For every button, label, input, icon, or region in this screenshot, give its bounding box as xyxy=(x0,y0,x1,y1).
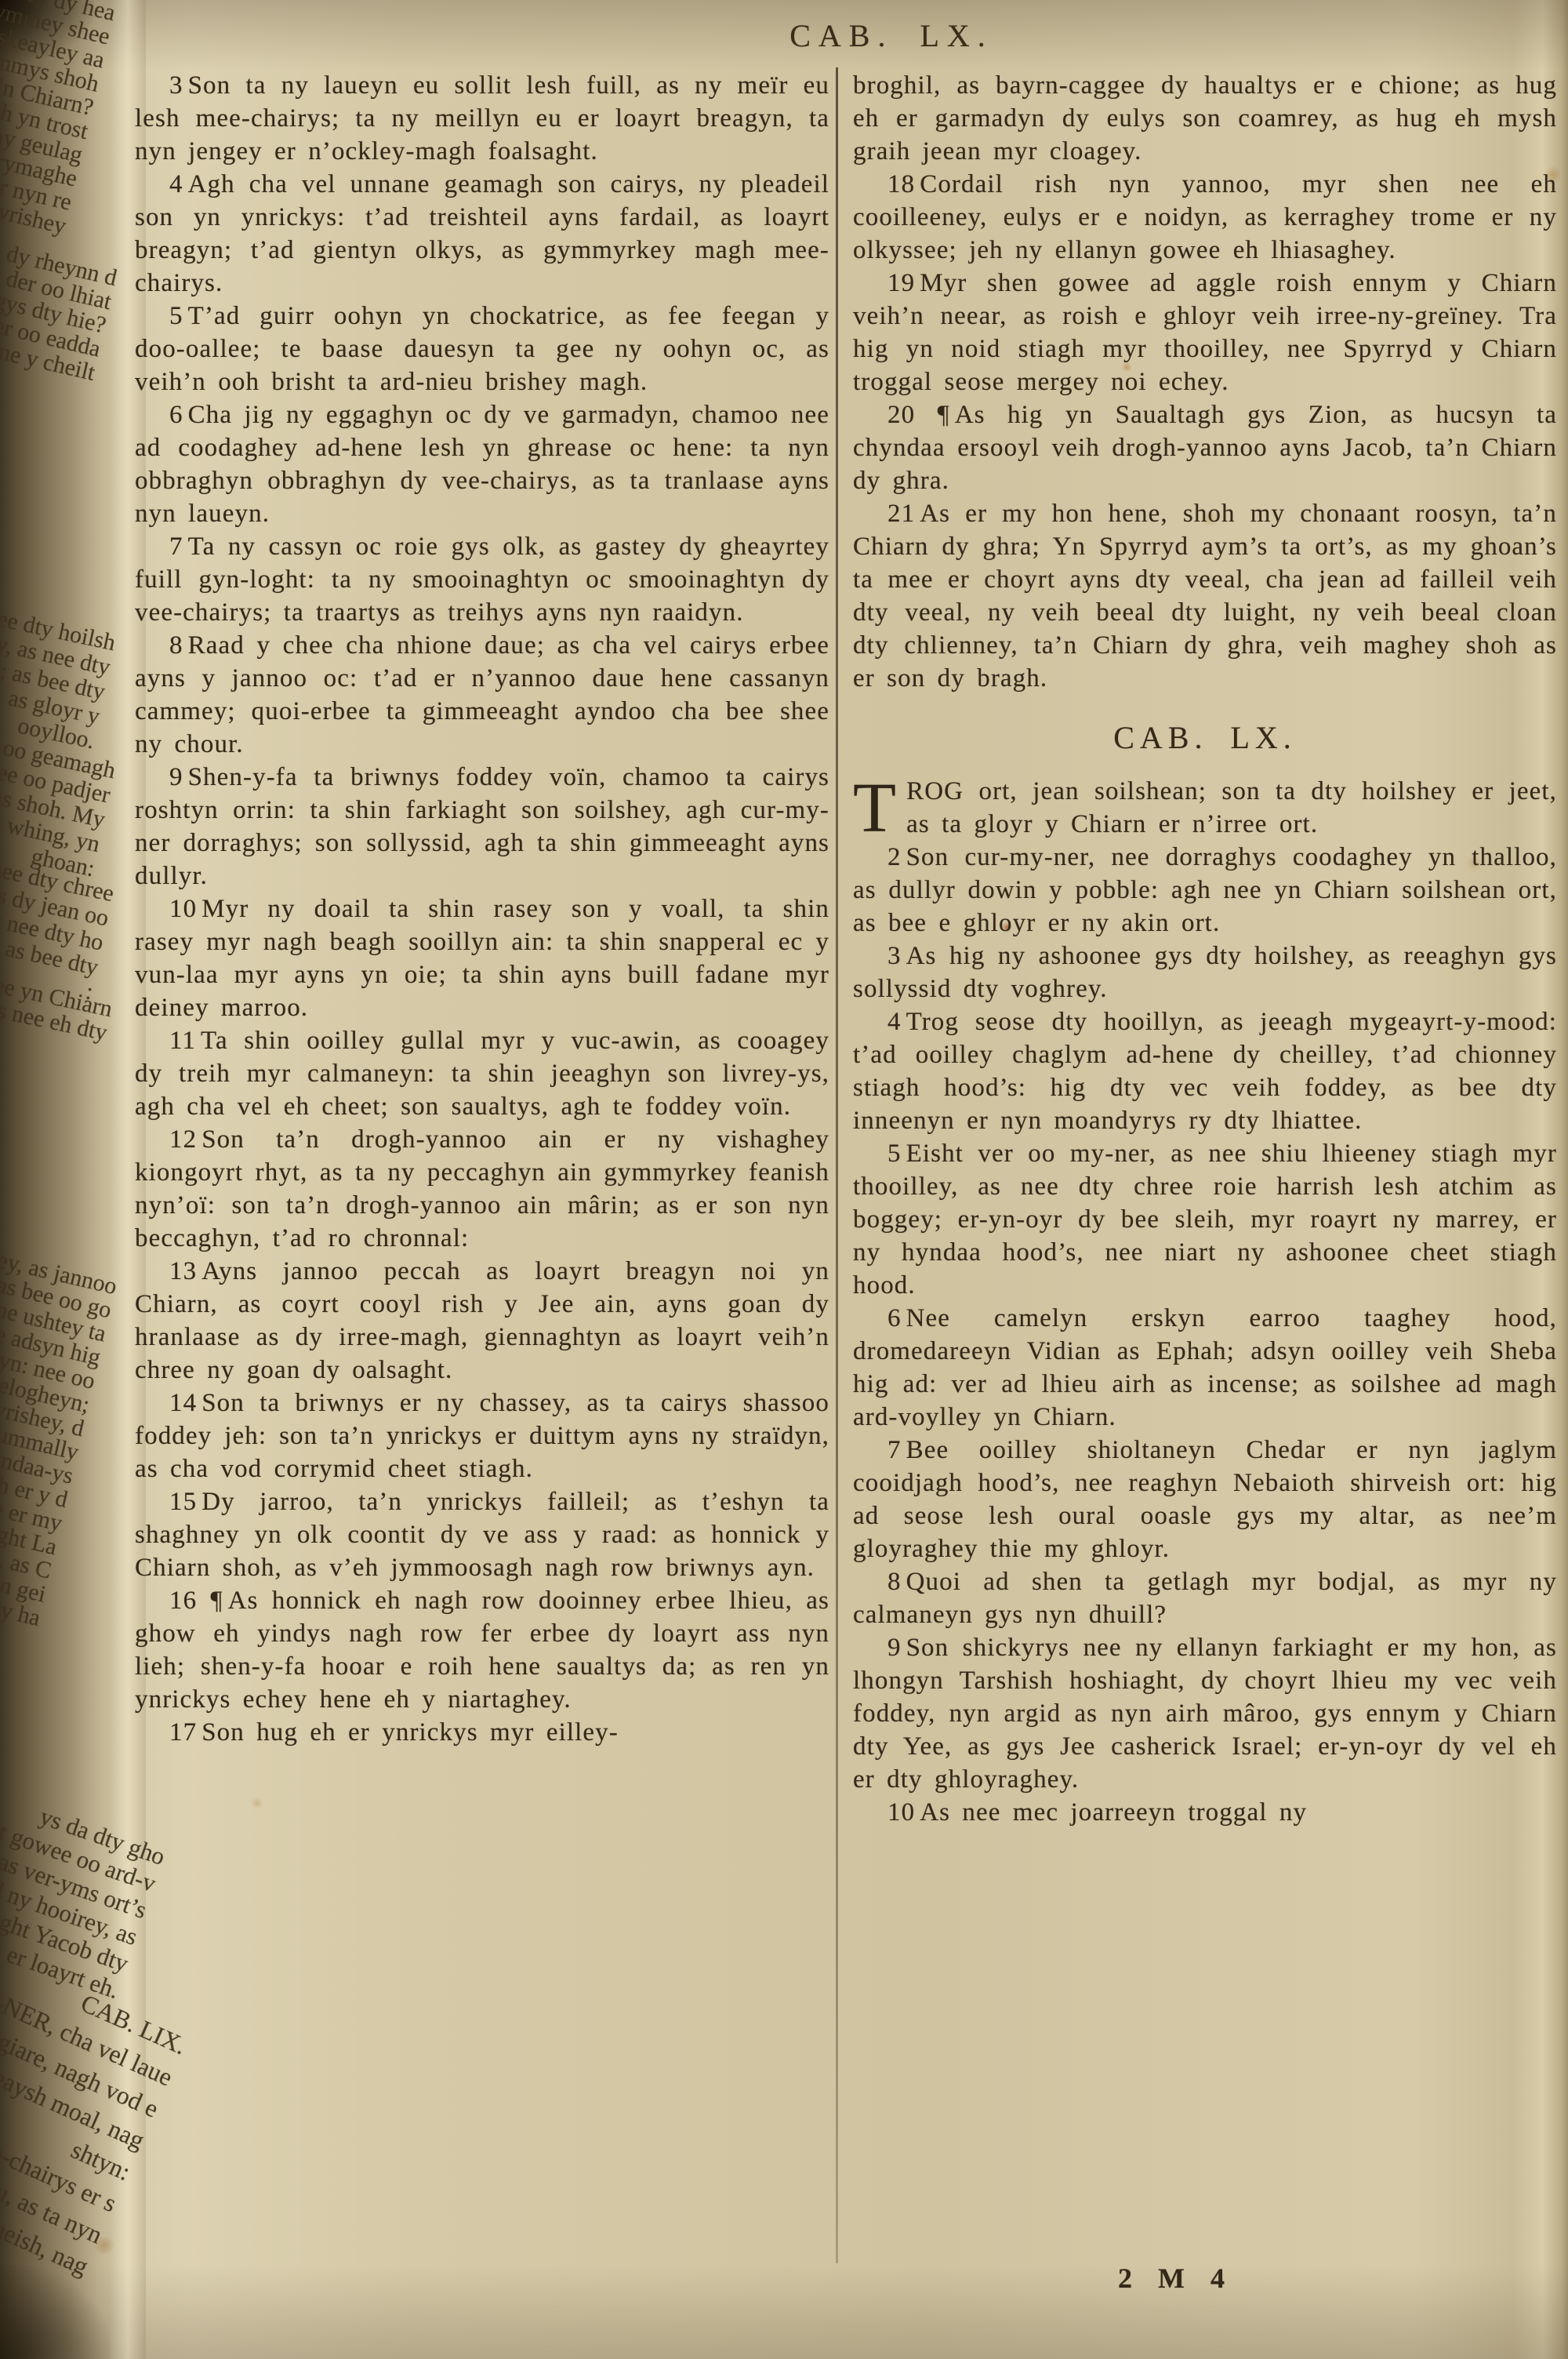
verse-paragraph: 6Cha jig ny eggaghyn oc dy ve garmadyn, … xyxy=(135,398,829,530)
verse-number: 2 xyxy=(887,843,906,871)
verse-paragraph: 2Son cur-my-ner, nee dorraghys coodaghey… xyxy=(853,841,1557,940)
verse-paragraph: 20 ¶As hig yn Saualtagh gys Zion, as huc… xyxy=(853,398,1557,497)
verse-paragraph: 7Bee ooilley shioltaneyn Chedar er nyn j… xyxy=(853,1434,1557,1565)
verse-paragraph: 21As er my hon hene, shoh my chonaant ro… xyxy=(853,497,1557,695)
foxing-spot xyxy=(251,1797,263,1808)
verse-number: 4 xyxy=(887,1008,906,1036)
left-column: 3Son ta ny laueyn eu sollit lesh fuill, … xyxy=(135,69,829,1749)
verse-paragraph: 5Eisht ver oo my-ner, as nee shiu lhieen… xyxy=(853,1137,1557,1302)
verse-number: 16 ¶ xyxy=(169,1587,228,1615)
verse-paragraph: 10As nee mec joarreeyn troggal ny xyxy=(853,1796,1557,1829)
verse-number: 7 xyxy=(887,1436,906,1464)
verse-number: 6 xyxy=(887,1304,906,1332)
verse-paragraph: 11Ta shin ooilley gullal myr y vuc-awin,… xyxy=(135,1024,829,1123)
book-page-scan: dooinney dy healy chroymmey sheeas dy sk… xyxy=(0,0,1568,2359)
right-column: broghil, as bayrn-caggee dy haualtys er … xyxy=(853,69,1557,1829)
spine-shadow-bottom xyxy=(0,2265,110,2359)
verse-number: 8 xyxy=(169,631,188,660)
verse-paragraph: 5T’ad guirr oohyn yn chockatrice, as fee… xyxy=(135,300,829,398)
verse-number: 5 xyxy=(887,1140,906,1168)
printer-signature: 2 M 4 xyxy=(1066,2262,1286,2295)
verse-paragraph: 13Ayns jannoo peccah as loayrt breagyn n… xyxy=(135,1255,829,1387)
verse-paragraph: 10Myr ny doail ta shin rasey son y voall… xyxy=(135,892,829,1024)
verse-number: 17 xyxy=(169,1718,201,1747)
verse-paragraph: 4Trog seose dty hooillyn, as jeeagh myge… xyxy=(853,1005,1557,1137)
verse-paragraph: 8Raad y chee cha nhione daue; as cha vel… xyxy=(135,629,829,761)
verse-number: 11 xyxy=(169,1027,201,1055)
verse-paragraph: 3As hig ny ashoonee gys dty hoilshey, as… xyxy=(853,940,1557,1005)
verse-number: 5 xyxy=(169,302,188,330)
verse-number: 20 ¶ xyxy=(887,401,955,429)
verse-paragraph: 14Son ta briwnys er ny chassey, as ta ca… xyxy=(135,1387,829,1485)
verse-number: 15 xyxy=(169,1488,201,1516)
verse-paragraph: 3Son ta ny laueyn eu sollit lesh fuill, … xyxy=(135,69,829,168)
verse-number: 8 xyxy=(887,1568,906,1596)
verse-paragraph: 12Son ta’n drogh-yannoo ain er ny vishag… xyxy=(135,1123,829,1255)
verse-number: 10 xyxy=(169,895,201,923)
verse-number: 9 xyxy=(887,1634,906,1662)
verse-number: 12 xyxy=(169,1125,201,1154)
column-rule xyxy=(836,67,838,2263)
verse-number: 19 xyxy=(887,269,920,297)
verse-paragraph: 19Myr shen gowee ad aggle roish ennym y … xyxy=(853,267,1557,398)
verse-paragraph: 7Ta ny cassyn oc roie gys olk, as gastey… xyxy=(135,530,829,629)
verse-number: 10 xyxy=(887,1798,920,1826)
verse-number: 3 xyxy=(887,942,906,970)
verse-paragraph: broghil, as bayrn-caggee dy haualtys er … xyxy=(853,69,1557,168)
verse-number: 7 xyxy=(169,533,188,561)
verse-number: 14 xyxy=(169,1389,201,1417)
facing-page-text-group: ht nee dty hoilshhrey, as nee dtyash; as… xyxy=(0,547,118,754)
verse-paragraph: 6Nee camelyn erskyn earroo taaghey hood,… xyxy=(853,1302,1557,1434)
foxing-spot xyxy=(93,2237,116,2254)
facing-page-text-group: dooinney dy healy chroymmey sheeas dy sk… xyxy=(0,0,118,238)
verse-paragraph: 18Cordail rish nyn yannoo, myr shen nee … xyxy=(853,168,1557,267)
verse-paragraph-dropcap: TROG ort, jean soilshean; son ta dty hoi… xyxy=(853,775,1557,841)
verse-number: 13 xyxy=(169,1257,201,1285)
verse-number: 4 xyxy=(169,170,188,198)
verse-paragraph: 4Agh cha vel unnane geamagh son cairys, … xyxy=(135,168,829,300)
verse-number: 3 xyxy=(169,71,188,100)
verse-number: 9 xyxy=(169,763,188,791)
running-head: CAB. LX. xyxy=(695,17,1087,54)
verse-number: 6 xyxy=(169,401,188,429)
chapter-heading: CAB. LX. xyxy=(853,722,1557,754)
verse-paragraph: 9Son shickyrys nee ny ellanyn farkiaght … xyxy=(853,1631,1557,1796)
verse-paragraph: 9Shen-y-fa ta briwnys foddey voïn, chamo… xyxy=(135,761,829,892)
verse-paragraph: 15Dy jarroo, ta’n ynrickys failleil; as … xyxy=(135,1485,829,1584)
verse-paragraph: 17Son hug eh er ynrickys myr eilley- xyxy=(135,1716,829,1749)
verse-paragraph: 8Quoi ad shen ta getlagh myr bodjal, as … xyxy=(853,1565,1557,1631)
facing-page-text-group: hortey, as jannoouirr; as bee oo gofarra… xyxy=(0,1183,119,1630)
verse-paragraph: 16 ¶As honnick eh nagh row dooinney erbe… xyxy=(135,1584,829,1716)
verse-number: 21 xyxy=(887,500,920,528)
verse-number: 18 xyxy=(887,170,920,198)
drop-cap: T xyxy=(853,775,906,836)
